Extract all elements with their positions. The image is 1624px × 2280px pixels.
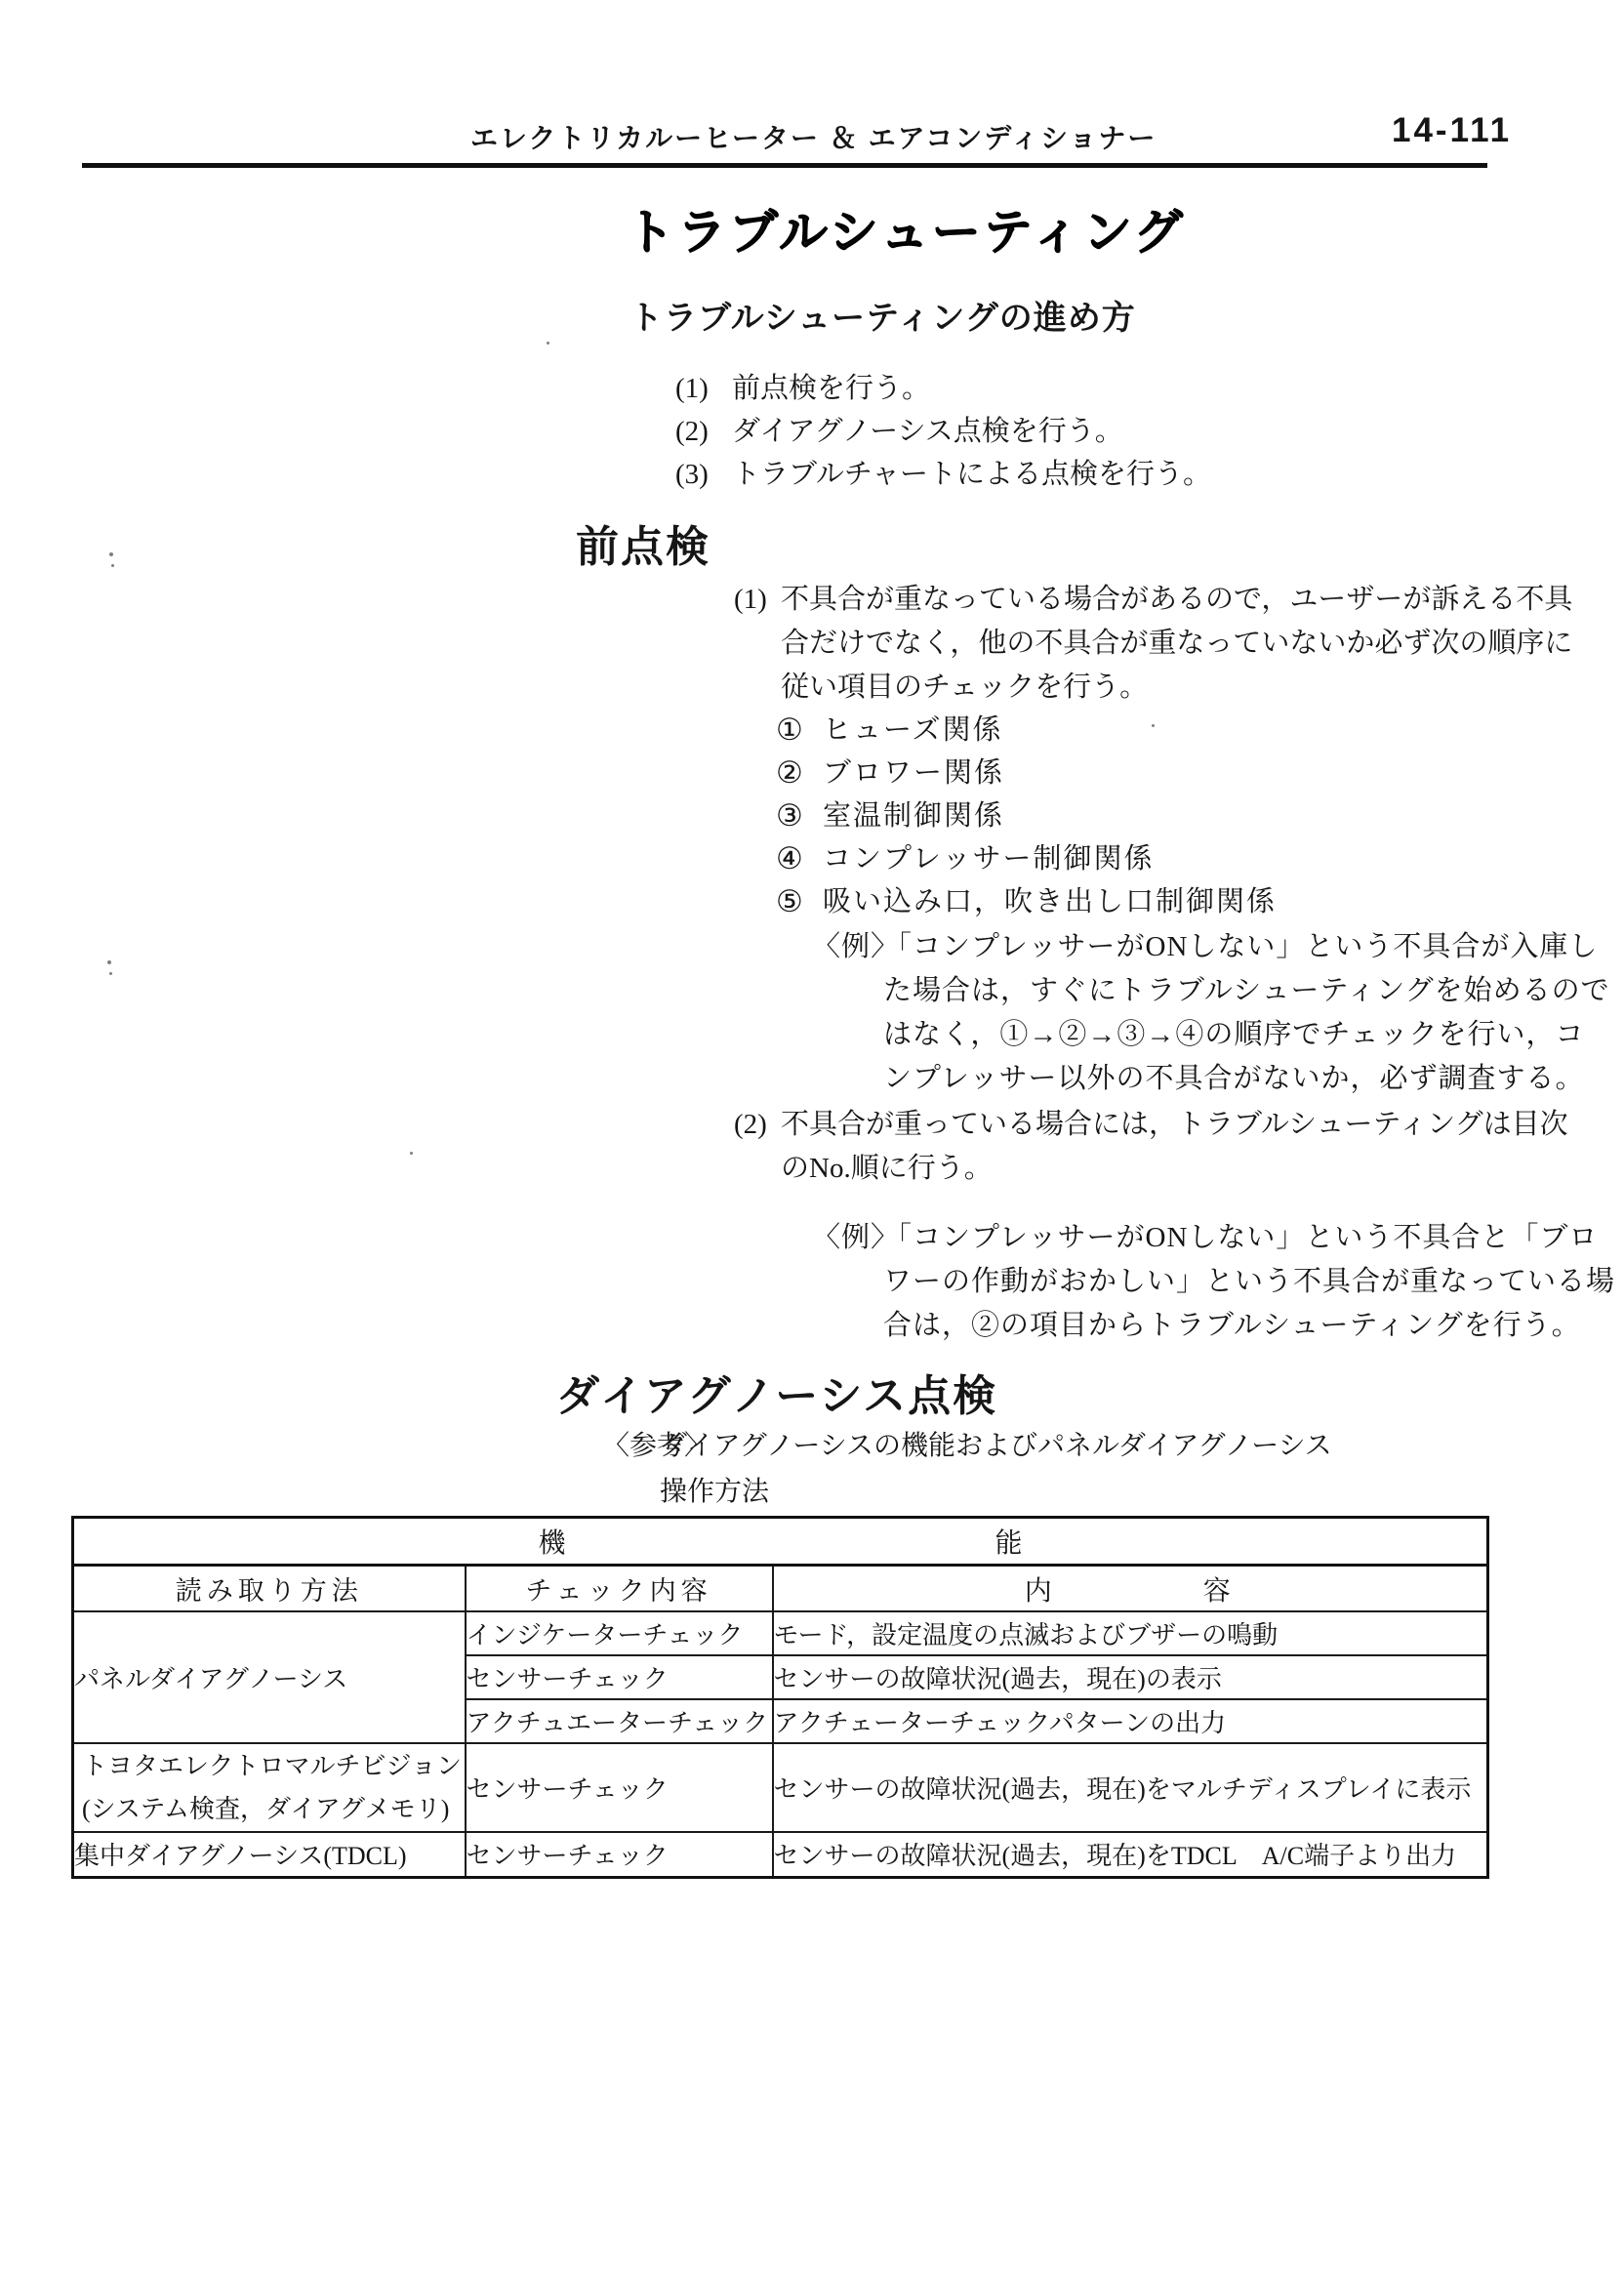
check-order-text: ブロワー関係 [823,752,1004,794]
content-header-char: 容 [1203,1569,1236,1608]
scan-speck [547,342,549,345]
check-order-text: 吸い込み口，吹き出し口制御関係 [823,880,1277,923]
method-line: トヨタエレクトロマルチビジョン [74,1745,465,1788]
circled-number: ④ [776,837,813,880]
diagnosis-heading: ダイアグノーシス点検 [556,1361,997,1423]
table-function-header: 機 能 [73,1518,1488,1566]
paragraph-number: (2) [734,1103,767,1147]
cell-check: アクチュエーターチェック [466,1699,773,1743]
table-row: パネルダイアグノーシス インジケーターチェック モード，設定温度の点滅およびブザ… [73,1611,1488,1655]
header-rule [82,163,1487,168]
table-row: トヨタエレクトロマルチビジョン (システム検査，ダイアグメモリ) センサーチェッ… [73,1743,1488,1832]
step-number: (2) [675,410,720,453]
reference-line: ダイアグノーシスの機能およびパネルダイアグノーシス [660,1423,1332,1469]
check-order-text: ヒューズ関係 [823,709,1003,752]
step-number: (1) [675,367,720,410]
cell-check: センサーチェック [466,1832,773,1877]
example-line: た場合は，すぐにトラブルシューティングを始めるので [883,969,1610,1013]
function-header-char: 能 [995,1522,1023,1561]
check-order-text: 室温制御関係 [823,794,1004,837]
table-row: 集中ダイアグノーシス(TDCL) センサーチェック センサーの故障状況(過去，現… [73,1832,1488,1877]
paragraph-line: 合だけでなく，他の不具合が重なっていないか必ず次の順序に [781,622,1572,666]
reference-label: 〈参考〉 [602,1423,711,1469]
cell-content: センサーの故障状況(過去，現在)の表示 [773,1655,1488,1699]
check-order-item: ① ヒューズ関係 [776,709,1277,752]
scan-speck [107,960,111,964]
check-order-item: ③ 室温制御関係 [776,794,1277,837]
paragraph-line: のNo.順に行う。 [781,1147,1568,1191]
pre-check-heading: 前点検 [576,511,710,574]
pre-check-item-2: (2) 不具合が重っている場合には，トラブルシューティングは目次 のNo.順に行… [734,1103,1568,1191]
method-line: (システム検査，ダイアグメモリ) [74,1788,465,1831]
cell-method-emv: トヨタエレクトロマルチビジョン (システム検査，ダイアグメモリ) [73,1743,466,1832]
example-block-2: 〈例〉 「コンプレッサーがONしない」という不具合と「ブロ ワーの作動がおかしい… [812,1216,1615,1348]
cell-method-tdcl: 集中ダイアグノーシス(TDCL) [73,1832,466,1877]
step-item: (2) ダイアグノーシス点検を行う。 [675,410,1211,453]
circled-number: ① [776,709,813,752]
procedure-steps: (1) 前点検を行う。 (2) ダイアグノーシス点検を行う。 (3) トラブルチ… [675,367,1211,496]
paragraph-number: (1) [734,578,767,622]
example-label: 〈例〉 [812,925,900,969]
paragraph-line: 不具合が重っている場合には，トラブルシューティングは目次 [781,1103,1568,1147]
pre-check-item-1: (1) 不具合が重なっている場合があるので，ユーザーが訴える不具 合だけでなく，… [734,578,1572,710]
circled-number: ⑤ [776,880,813,923]
step-text: 前点検を行う。 [732,367,930,410]
example-label: 〈例〉 [812,1216,900,1260]
example-line: ンプレッサー以外の不具合がないか，必ず調査する。 [883,1057,1610,1101]
circled-number: ② [776,752,813,794]
scan-speck [109,972,112,975]
column-header-check: チェック内容 [466,1566,773,1612]
circled-number: ③ [776,794,813,837]
cell-check: センサーチェック [466,1655,773,1699]
reference-line: 操作方法 [660,1469,1332,1515]
column-header-content: 内 容 [773,1566,1488,1612]
manual-page: エレクトリカルーヒーター ＆ エアコンディショナー 14-111 トラブルシュー… [0,0,1624,2280]
cell-content: センサーの故障状況(過去，現在)をマルチディスプレイに表示 [773,1743,1488,1832]
example-line: ワーの作動がおかしい」という不具合が重なっている場 [883,1260,1615,1304]
scan-speck [111,564,114,567]
step-text: ダイアグノーシス点検を行う。 [732,410,1123,453]
step-number: (3) [675,453,720,496]
page-number: 14-111 [1392,111,1512,150]
cell-check: センサーチェック [466,1743,773,1832]
check-order-item: ④ コンプレッサー制御関係 [776,837,1277,880]
scan-speck [109,552,113,556]
cell-content: センサーの故障状況(過去，現在)をTDCL A/C端子より出力 [773,1832,1488,1877]
paragraph-line: 従い項目のチェックを行う。 [781,666,1572,710]
step-text: トラブルチャートによる点検を行う。 [732,453,1211,496]
reference-block: 〈参考〉 ダイアグノーシスの機能およびパネルダイアグノーシス 操作方法 [602,1423,1332,1515]
function-header-char: 機 [538,1522,565,1561]
check-order-list: ① ヒューズ関係 ② ブロワー関係 ③ 室温制御関係 ④ コンプレッサー制御関係… [776,709,1277,923]
cell-content: モード，設定温度の点滅およびブザーの鳴動 [773,1611,1488,1655]
example-line: 「コンプレッサーがONしない」という不具合と「ブロ [883,1216,1615,1260]
document-title: トラブルシューティング [626,193,1186,264]
step-item: (3) トラブルチャートによる点検を行う。 [675,453,1211,496]
step-item: (1) 前点検を行う。 [675,367,1211,410]
diagnosis-table: 機 能 読み取り方法 チェック内容 内 容 パネルダイアグノーシス インジケータ… [71,1516,1489,1879]
example-block-1: 〈例〉 「コンプレッサーがONしない」という不具合が入庫し た場合は，すぐにトラ… [812,925,1610,1101]
scan-speck [410,1152,413,1155]
check-order-item: ② ブロワー関係 [776,752,1277,794]
cell-check: インジケーターチェック [466,1611,773,1655]
content-header-char: 内 [1025,1569,1057,1608]
column-header-method: 読み取り方法 [73,1566,466,1612]
scan-speck [1152,724,1155,727]
paragraph-line: 不具合が重なっている場合があるので，ユーザーが訴える不具 [781,578,1572,622]
check-order-item: ⑤ 吸い込み口，吹き出し口制御関係 [776,880,1277,923]
example-line: はなく，①→②→③→④の順序でチェックを行い，コ [883,1013,1610,1057]
cell-content: アクチェーターチェックパターンの出力 [773,1699,1488,1743]
procedure-heading: トラブルシューティングの進め方 [629,291,1136,339]
example-line: 「コンプレッサーがONしない」という不具合が入庫し [883,925,1610,969]
cell-method-panel: パネルダイアグノーシス [73,1611,466,1743]
check-order-text: コンプレッサー制御関係 [823,837,1155,880]
header-title: エレクトリカルーヒーター ＆ エアコンディショナー [470,117,1157,156]
example-line: 合は，②の項目からトラブルシューティングを行う。 [883,1304,1615,1348]
